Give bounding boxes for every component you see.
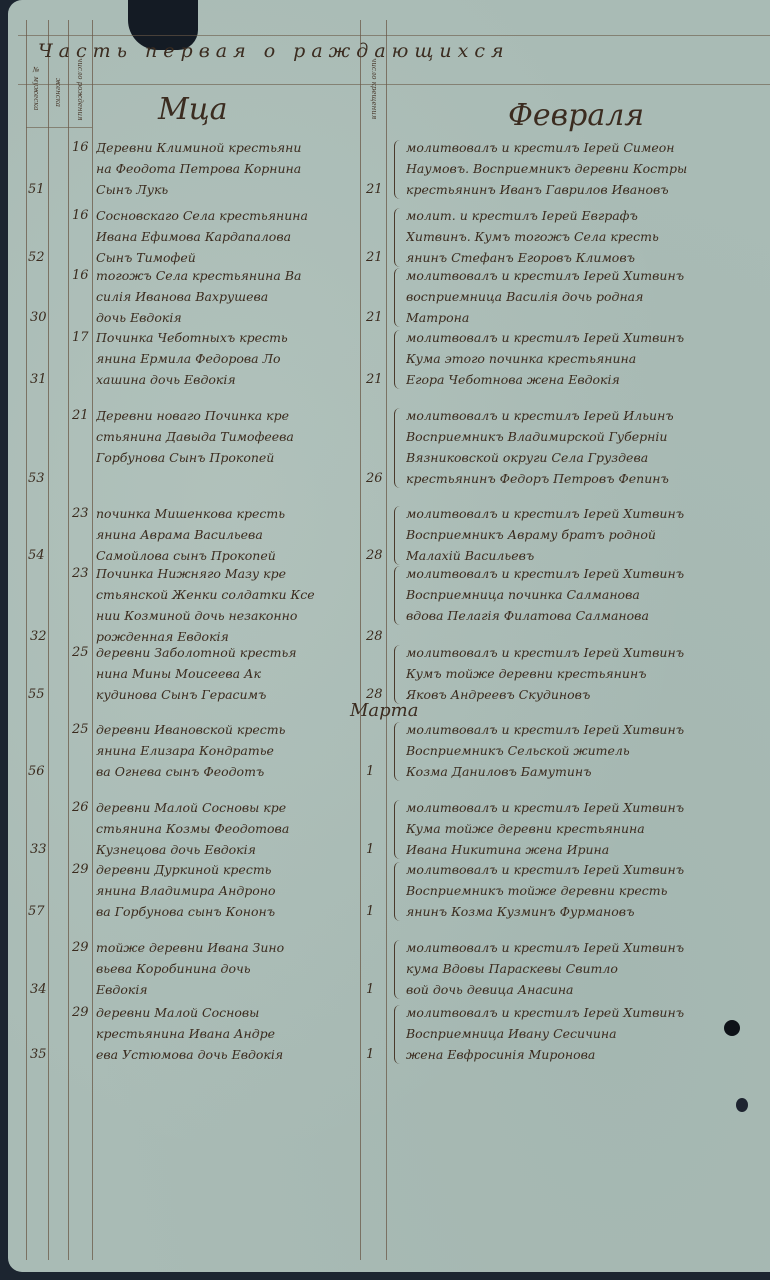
column-header-female: женска: [54, 78, 62, 124]
baptism-record-line: Козма Даниловъ Бамутинъ: [406, 761, 746, 782]
ruling-line: [386, 20, 387, 1260]
birth-day: 16: [72, 140, 89, 155]
female-number: 32: [30, 629, 47, 644]
ruling-line: [26, 127, 92, 128]
birth-record-line: Сынъ Лукь: [96, 179, 358, 200]
baptism-record-line: молит. и крестилъ Iерей Евграфъ: [406, 205, 746, 226]
birth-record-line: янина Владимира Андроно: [96, 880, 358, 901]
baptism-record-line: молитвовалъ и крестилъ Iерей Хитвинъ: [406, 1002, 746, 1023]
male-number: 57: [28, 904, 45, 919]
male-number: 51: [28, 182, 45, 197]
birth-record-line: на Феодота Петрова Корнина: [96, 158, 358, 179]
birth-day: 23: [72, 566, 89, 581]
female-number: 34: [30, 982, 47, 997]
birth-record-line: вьева Коробинина дочь: [96, 958, 358, 979]
birth-record-line: тойже деревни Ивана Зино: [96, 937, 358, 958]
birth-record-line: кудинова Сынъ Герасимъ: [96, 684, 358, 705]
baptism-record-line: молитвовалъ и крестилъ Iерей Хитвинъ: [406, 719, 746, 740]
birth-record: деревни Заболотной крестьянина Мины Моис…: [96, 642, 358, 705]
column-header-male: № мужеска: [32, 66, 40, 124]
baptism-day: 21: [366, 310, 383, 325]
birth-record-line: деревни Дуркиной кресть: [96, 859, 358, 880]
birth-day: 26: [72, 800, 89, 815]
baptism-record-line: Кумъ тойже деревни крестьянинъ: [406, 663, 746, 684]
birth-record-line: силія Иванова Вахрушева: [96, 286, 358, 307]
baptism-record-line: Вязниковской округи Села Груздева: [406, 447, 746, 468]
birth-day: 25: [72, 645, 89, 660]
birth-record-line: янина Ермила Федорова Ло: [96, 348, 358, 369]
baptism-record-line: молитвовалъ и крестилъ Iерей Хитвинъ: [406, 265, 746, 286]
birth-record: Деревни новаго Починка крестьянина Давыд…: [96, 405, 358, 468]
birth-record-line: деревни Малой Сосновы: [96, 1002, 358, 1023]
female-number: 31: [30, 372, 47, 387]
baptism-record-line: Восприемникъ Сельской житель: [406, 740, 746, 761]
birth-record-line: стьянина Козмы Феодотова: [96, 818, 358, 839]
baptism-record-line: янинъ Козма Кузминъ Фурмановъ: [406, 901, 746, 922]
column-header-birth-day: число рождения: [76, 58, 84, 124]
birth-record-line: хашина дочь Евдокія: [96, 369, 358, 390]
baptism-record: молит. и крестилъ Iерей ЕвграфъХитвинъ. …: [406, 205, 746, 268]
birth-record: деревни Ивановской крестьянина Елизара К…: [96, 719, 358, 782]
baptism-day: 1: [366, 1047, 374, 1062]
birth-record-line: Сосновскаго Села крестьянина: [96, 205, 358, 226]
entry-brace: [394, 268, 403, 327]
birth-record-line: Деревни Климиной крестьяни: [96, 137, 358, 158]
birth-record-line: Починка Нижняго Мазу кре: [96, 563, 358, 584]
register-page: Часть первая о раждающихся № мужеска жен…: [8, 0, 770, 1272]
birth-record: Починка Чеботныхъ крестьянина Ермила Фед…: [96, 327, 358, 390]
birth-record-line: тогожъ Села крестьянина Ва: [96, 265, 358, 286]
baptism-record-line: крестьянинъ Иванъ Гаврилов Ивановъ: [406, 179, 746, 200]
left-column-title: Мца: [158, 92, 228, 127]
baptism-record: молитвовалъ и крестилъ Iерей Хитвинъкума…: [406, 937, 746, 1000]
birth-record: деревни Малой Сосновы крестьянина Козмы …: [96, 797, 358, 860]
birth-day: 16: [72, 208, 89, 223]
entry-brace: [394, 940, 403, 999]
baptism-record: молитвовалъ и крестилъ Iерей СимеонНаумо…: [406, 137, 746, 200]
entry-brace: [394, 408, 403, 488]
entry-brace: [394, 566, 403, 625]
birth-record: починка Мишенкова крестьянина Аврама Вас…: [96, 503, 358, 566]
birth-day: 23: [72, 506, 89, 521]
birth-record: тойже деревни Ивана Зиновьева Коробинина…: [96, 937, 358, 1000]
entry-brace: [394, 722, 403, 781]
ruling-line: [18, 35, 770, 36]
ruling-line: [360, 20, 361, 1260]
male-number: 52: [28, 250, 45, 265]
baptism-record-line: молитвовалъ и крестилъ Iерей Хитвинъ: [406, 563, 746, 584]
birth-record-line: янина Аврама Васильева: [96, 524, 358, 545]
entry-brace: [394, 208, 403, 267]
baptism-record-line: Егора Чеботнова жена Евдокія: [406, 369, 746, 390]
birth-record-line: Кузнецова дочь Евдокія: [96, 839, 358, 860]
entry-brace: [394, 862, 403, 921]
birth-record: Деревни Климиной крестьянина Феодота Пет…: [96, 137, 358, 200]
birth-record-line: деревни Малой Сосновы кре: [96, 797, 358, 818]
male-number: 54: [28, 548, 45, 563]
page-heading: Часть первая о раждающихся: [38, 40, 510, 62]
baptism-record-line: молитвовалъ и крестилъ Iерей Хитвинъ: [406, 642, 746, 663]
birth-day: 25: [72, 722, 89, 737]
ruling-line: [18, 84, 770, 85]
female-number: 35: [30, 1047, 47, 1062]
baptism-day: 1: [366, 764, 374, 779]
birth-record-line: нина Мины Моисеева Ак: [96, 663, 358, 684]
birth-record-line: деревни Ивановской кресть: [96, 719, 358, 740]
baptism-record-line: Кума тойже деревни крестьянина: [406, 818, 746, 839]
birth-record-line: янина Елизара Кондратье: [96, 740, 358, 761]
baptism-day: 26: [366, 471, 383, 486]
birth-record-line: Горбунова Сынъ Прокопей: [96, 447, 358, 468]
birth-record-line: дочь Евдокія: [96, 307, 358, 328]
baptism-record-line: вдова Пелагія Филатова Салманова: [406, 605, 746, 626]
baptism-day: 1: [366, 842, 374, 857]
birth-record: деревни Малой Сосновыкрестьянина Ивана А…: [96, 1002, 358, 1065]
entry-brace: [394, 140, 403, 199]
baptism-day: 21: [366, 372, 383, 387]
birth-day: 29: [72, 1005, 89, 1020]
entry-brace: [394, 330, 403, 389]
birth-record: Починка Нижняго Мазу крестьянской Женки …: [96, 563, 358, 647]
baptism-record: молитвовалъ и крестилъ Iерей ИльинъВоспр…: [406, 405, 746, 489]
baptism-day: 21: [366, 250, 383, 265]
birth-record-line: ва Горбунова сынъ Кононъ: [96, 901, 358, 922]
baptism-record: молитвовалъ и крестилъ Iерей ХитвинъВосп…: [406, 719, 746, 782]
birth-record: Сосновскаго Села крестьянинаИвана Ефимов…: [96, 205, 358, 268]
ruling-line: [26, 20, 27, 1260]
baptism-record-line: молитвовалъ и крестилъ Iерей Ильинъ: [406, 405, 746, 426]
baptism-record: молитвовалъ и крестилъ Iерей Хитвинъвосп…: [406, 265, 746, 328]
ruling-line: [48, 20, 49, 1260]
male-number: 55: [28, 687, 45, 702]
birth-day: 29: [72, 862, 89, 877]
baptism-record-line: кума Вдовы Параскевы Свитло: [406, 958, 746, 979]
birth-day: 29: [72, 940, 89, 955]
baptism-record-line: Восприемница Ивану Сесичина: [406, 1023, 746, 1044]
baptism-record-line: молитвовалъ и крестилъ Iерей Хитвинъ: [406, 797, 746, 818]
entry-brace: [394, 506, 403, 565]
birth-record-line: Ивана Ефимова Кардапалова: [96, 226, 358, 247]
birth-record-line: ва Огнева сынъ Феодотъ: [96, 761, 358, 782]
baptism-day: 28: [366, 629, 383, 644]
baptism-day: 21: [366, 182, 383, 197]
birth-record: тогожъ Села крестьянина Василія Иванова …: [96, 265, 358, 328]
baptism-record: молитвовалъ и крестилъ Iерей ХитвинъВосп…: [406, 503, 746, 566]
entry-brace: [394, 1005, 403, 1064]
baptism-record: молитвовалъ и крестилъ Iерей ХитвинъКума…: [406, 327, 746, 390]
female-number: 30: [30, 310, 47, 325]
birth-record-line: крестьянина Ивана Андре: [96, 1023, 358, 1044]
birth-record-line: ева Устюмова дочь Евдокія: [96, 1044, 358, 1065]
entry-brace: [394, 800, 403, 859]
baptism-record: молитвовалъ и крестилъ Iерей ХитвинъКума…: [406, 797, 746, 860]
baptism-day: 1: [366, 982, 374, 997]
ruling-line: [68, 20, 69, 1260]
birth-day: 17: [72, 330, 89, 345]
female-number: 33: [30, 842, 47, 857]
baptism-record: молитвовалъ и крестилъ Iерей ХитвинъВосп…: [406, 859, 746, 922]
baptism-record-line: Ивана Никитина жена Ирина: [406, 839, 746, 860]
birth-day: 21: [72, 408, 89, 423]
baptism-record-line: молитвовалъ и крестилъ Iерей Хитвинъ: [406, 859, 746, 880]
baptism-record: молитвовалъ и крестилъ Iерей ХитвинъВосп…: [406, 563, 746, 626]
male-number: 53: [28, 471, 45, 486]
entry-brace: [394, 645, 403, 704]
birth-record-line: Деревни новаго Починка кре: [96, 405, 358, 426]
baptism-record-line: молитвовалъ и крестилъ Iерей Симеон: [406, 137, 746, 158]
baptism-record-line: Восприемникъ Авраму братъ родной: [406, 524, 746, 545]
male-number: 56: [28, 764, 45, 779]
baptism-record-line: Наумовъ. Восприемникъ деревни Костры: [406, 158, 746, 179]
baptism-record-line: жена Евфросинія Миронова: [406, 1044, 746, 1065]
birth-record-line: починка Мишенкова кресть: [96, 503, 358, 524]
paper-hole: [736, 1098, 748, 1112]
baptism-record-line: молитвовалъ и крестилъ Iерей Хитвинъ: [406, 327, 746, 348]
baptism-record-line: Восприемникъ Владимирской Губерніи: [406, 426, 746, 447]
baptism-record-line: вой дочь девица Анасина: [406, 979, 746, 1000]
baptism-record-line: Восприемница починка Салманова: [406, 584, 746, 605]
baptism-record: молитвовалъ и крестилъ Iерей ХитвинъВосп…: [406, 1002, 746, 1065]
baptism-record-line: крестьянинъ Федоръ Петровъ Фепинъ: [406, 468, 746, 489]
birth-record-line: Починка Чеботныхъ кресть: [96, 327, 358, 348]
birth-record: деревни Дуркиной крестьянина Владимира А…: [96, 859, 358, 922]
baptism-record-line: восприемница Василія дочь родная: [406, 286, 746, 307]
baptism-record-line: Хитвинъ. Кумъ тогожъ Села кресть: [406, 226, 746, 247]
baptism-record: молитвовалъ и крестилъ Iерей ХитвинъКумъ…: [406, 642, 746, 705]
birth-record-line: деревни Заболотной крестья: [96, 642, 358, 663]
baptism-day: 28: [366, 548, 383, 563]
baptism-day: 28: [366, 687, 383, 702]
right-column-title: Февраля: [508, 98, 644, 133]
baptism-record-line: Восприемникъ тойже деревни кресть: [406, 880, 746, 901]
birth-record-line: стьянина Давыда Тимофеева: [96, 426, 358, 447]
birth-day: 16: [72, 268, 89, 283]
birth-record-line: нии Козминой дочь незаконно: [96, 605, 358, 626]
birth-record-line: стьянской Женки солдатки Ксе: [96, 584, 358, 605]
birth-record-line: Евдокія: [96, 979, 358, 1000]
ruling-line: [92, 20, 93, 1260]
baptism-record-line: молитвовалъ и крестилъ Iерей Хитвинъ: [406, 503, 746, 524]
baptism-record-line: молитвовалъ и крестилъ Iерей Хитвинъ: [406, 937, 746, 958]
baptism-day: 1: [366, 904, 374, 919]
baptism-record-line: Яковъ Андреевъ Скудиновъ: [406, 684, 746, 705]
baptism-record-line: Кума этого починка крестьянина: [406, 348, 746, 369]
baptism-record-line: Матрона: [406, 307, 746, 328]
column-header-baptism-day: число крещения: [370, 58, 378, 124]
